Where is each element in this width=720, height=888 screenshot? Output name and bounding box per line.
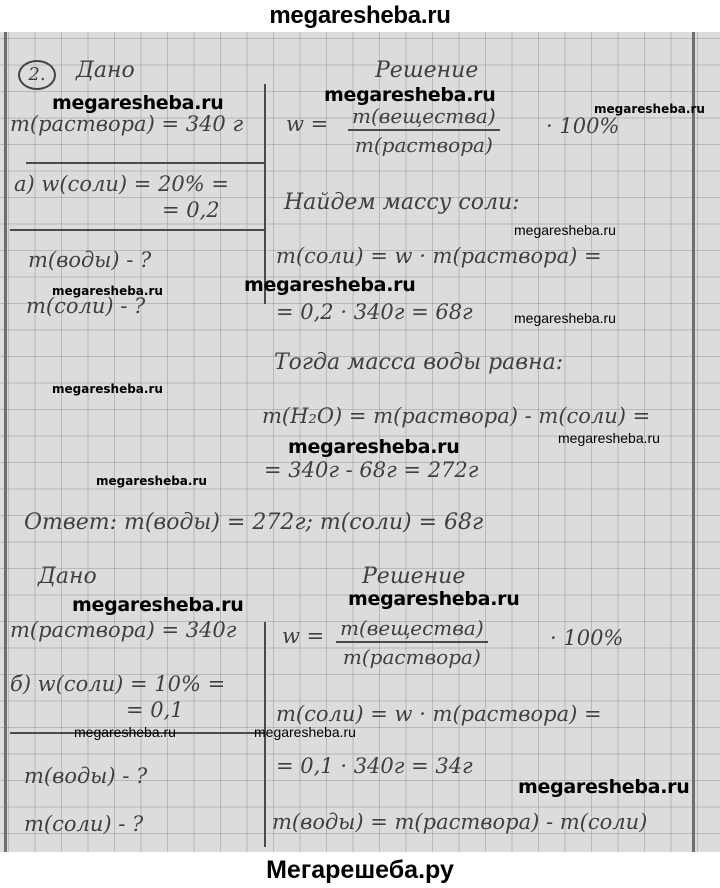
watermark: megaresheba.ru <box>52 284 163 298</box>
watermark: megaresheba.ru <box>254 724 356 740</box>
given-mass-solution-b: m(раствора) = 340г <box>10 618 236 642</box>
find-water-b: m(воды) - ? <box>24 764 147 788</box>
formula-fraction-a: m(вещества) m(раствора) <box>348 104 500 157</box>
step1-calc-b: = 0,1 · 340г = 34г <box>276 754 473 778</box>
step1-calc-a: = 0,2 · 340г = 68г <box>276 300 473 324</box>
given-mass-fraction-dec-b: = 0,1 <box>126 698 184 722</box>
watermark: megaresheba.ru <box>594 102 705 116</box>
given-underline-a1 <box>26 162 264 164</box>
site-footer[interactable]: Мегарешеба.ру <box>0 852 720 888</box>
solution-title-b: Решение <box>362 564 465 589</box>
given-underline-a2 <box>10 229 264 231</box>
step1-equation-a: m(соли) = w · m(раствора) = <box>276 244 602 268</box>
watermark: megaresheba.ru <box>514 222 616 238</box>
watermark: megaresheba.ru <box>96 474 207 488</box>
page-margin-line-left <box>4 32 7 852</box>
watermark: megaresheba.ru <box>72 594 243 616</box>
given-title-b: Дано <box>38 564 97 589</box>
step1-text-a: Найдем массу соли: <box>284 190 520 215</box>
notebook-page: 2. Дано Решение m(раствора) = 340 г а) w… <box>0 32 720 852</box>
given-mass-fraction-b: б) w(соли) = 10% = <box>10 672 225 696</box>
given-mass-fraction-a: а) w(соли) = 20% = <box>14 172 229 196</box>
watermark: megaresheba.ru <box>74 724 176 740</box>
watermark: megaresheba.ru <box>514 310 616 326</box>
step2-text-a: Тогда масса воды равна: <box>274 350 563 375</box>
find-salt-b: m(соли) - ? <box>24 812 143 836</box>
formula-rhs-a: · 100% <box>546 114 619 138</box>
formula-fraction-b: m(вещества) m(раствора) <box>336 616 488 669</box>
answer-a: Ответ: m(воды) = 272г; m(соли) = 68г <box>24 510 483 535</box>
divider-vertical-a <box>264 84 266 304</box>
step2-equation-a: m(H₂O) = m(раствора) - m(соли) = <box>262 404 650 428</box>
problem-number: 2. <box>18 60 56 90</box>
watermark: megaresheba.ru <box>52 92 223 114</box>
watermark: megaresheba.ru <box>518 776 689 798</box>
formula-lhs-a: w = <box>286 112 328 136</box>
watermark: megaresheba.ru <box>52 382 163 396</box>
step1-equation-b: m(соли) = w · m(раствора) = <box>276 702 602 726</box>
watermark: megaresheba.ru <box>348 588 519 610</box>
formula-lhs-b: w = <box>282 624 324 648</box>
given-mass-fraction-dec-a: = 0,2 <box>162 198 220 222</box>
formula-numerator-b: m(вещества) <box>336 616 488 643</box>
formula-numerator-a: m(вещества) <box>348 104 500 131</box>
watermark: megaresheba.ru <box>288 436 459 458</box>
formula-rhs-b: · 100% <box>550 626 623 650</box>
watermark: megaresheba.ru <box>558 430 660 446</box>
step2-equation-b: m(воды) = m(раствора) - m(соли) <box>272 810 647 834</box>
step2-calc-a: = 340г - 68г = 272г <box>264 458 478 482</box>
page-margin-line-right <box>692 32 695 852</box>
watermark: megaresheba.ru <box>324 84 495 106</box>
watermark: megaresheba.ru <box>244 274 415 296</box>
given-mass-solution-a: m(раствора) = 340 г <box>10 112 243 136</box>
site-header[interactable]: megaresheba.ru <box>0 0 720 32</box>
given-title-a: Дано <box>76 58 135 83</box>
solution-title-a: Решение <box>375 58 478 83</box>
formula-denominator-a: m(раствора) <box>348 131 500 157</box>
formula-denominator-b: m(раствора) <box>336 643 488 669</box>
find-water-a: m(воды) - ? <box>28 248 151 272</box>
